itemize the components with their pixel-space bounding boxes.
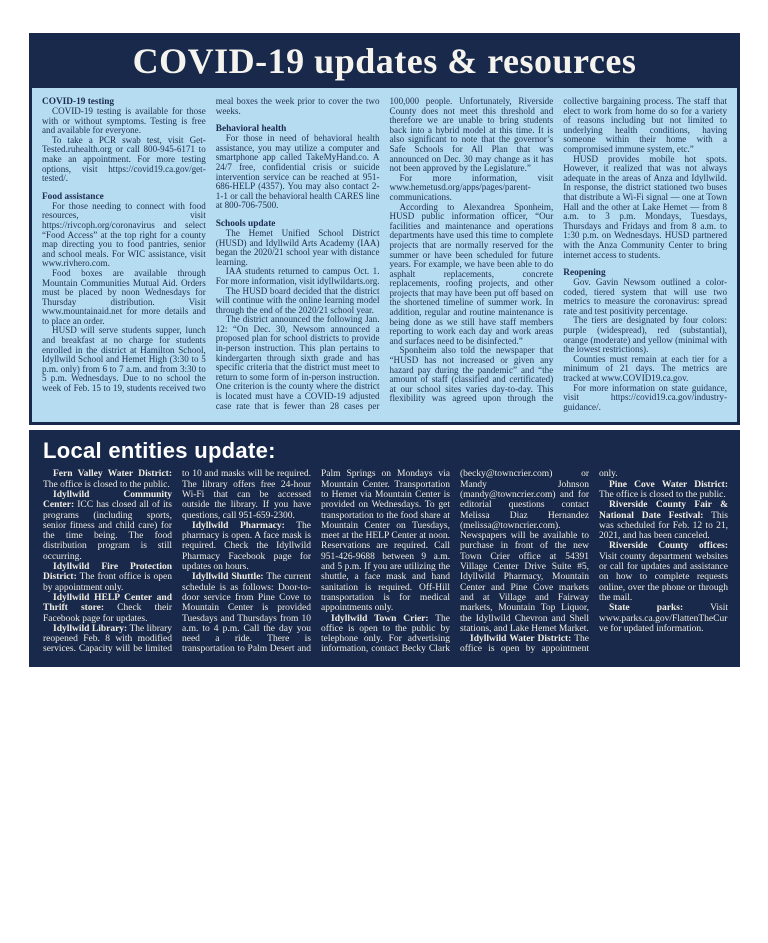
entity-item: Riverside County Fair & National Date Fe…	[599, 500, 728, 541]
entity-label: Idyllwild Pharmacy:	[192, 521, 285, 531]
entity-item: Fern Valley Water District: The office i…	[43, 469, 172, 490]
article-paragraph: IAA students returned to campus Oct. 1. …	[216, 267, 380, 286]
entity-label: Idyllwild Shuttle:	[192, 572, 264, 582]
article-behavioral-health: Behavioral health For those in need of b…	[216, 124, 380, 211]
entity-label: State parks:	[609, 603, 683, 613]
article-paragraph: For more information, visit www.hemetusd…	[390, 174, 554, 203]
entity-item: Pine Cove Water District: The office is …	[599, 480, 728, 501]
entity-item: Idyllwild Community Center: ICC has clos…	[43, 490, 172, 562]
entity-label: Pine Cove Water District:	[609, 480, 728, 490]
local-entities-columns: Fern Valley Water District: The office i…	[43, 469, 728, 654]
local-entities-title: Local entities update:	[43, 438, 728, 464]
article-paragraph: HUSD provides mobile hot spots. However,…	[563, 155, 727, 261]
article-paragraph: According to Alexandrea Sponheim, HUSD p…	[390, 203, 554, 347]
entity-label: Riverside County Fair & National Date Fe…	[599, 500, 728, 520]
article-paragraph: COVID-19 testing is available for those …	[42, 107, 206, 136]
entity-text: The office is closed to the public.	[599, 490, 726, 500]
entity-item: Idyllwild Fire Protection District: The …	[43, 562, 172, 593]
entity-label: Riverside County offices:	[609, 541, 728, 551]
article-paragraph: Gov. Gavin Newsom outlined a color-coded…	[563, 278, 727, 316]
article-paragraph: For those in need of behavioral health a…	[216, 134, 380, 211]
entity-item: Idyllwild HELP Center and Thrift store: …	[43, 593, 172, 624]
newspaper-clipping: COVID-19 updates & resources COVID-19 te…	[29, 33, 740, 667]
entity-label: Fern Valley Water District:	[53, 469, 172, 479]
entity-item: State parks: Visit www.parks.ca.gov/Flat…	[599, 603, 728, 634]
article-paragraph: To take a PCR swab test, visit Get-Teste…	[42, 136, 206, 184]
article-reopening: Reopening Gov. Gavin Newsom outlined a c…	[563, 268, 727, 412]
entity-item: Idyllwild Pharmacy: The pharmacy is open…	[182, 521, 311, 572]
article-paragraph: Counties must remain at each tier for a …	[563, 355, 727, 384]
covid-updates-box: COVID-19 updates & resources COVID-19 te…	[29, 33, 740, 425]
entity-item: Riverside County offices: Visit county d…	[599, 541, 728, 603]
article-paragraph: Food boxes are available through Mountai…	[42, 269, 206, 327]
article-covid-testing: COVID-19 testing COVID-19 testing is ava…	[42, 97, 206, 184]
entity-text: The office is closed to the public.	[43, 480, 170, 490]
article-paragraph: The Hemet Unified School District (HUSD)…	[216, 229, 380, 267]
masthead: COVID-19 updates & resources	[32, 36, 737, 88]
article-paragraph: For those needing to connect with food r…	[42, 202, 206, 269]
entity-label: Idyllwild Town Crier:	[331, 614, 429, 624]
article-paragraph: The HUSD board decided that the district…	[216, 287, 380, 316]
masthead-title: COVID-19 updates & resources	[133, 40, 637, 82]
entity-label: Idyllwild Water District:	[470, 634, 571, 644]
covid-articles-columns: COVID-19 testing COVID-19 testing is ava…	[32, 88, 737, 422]
entity-label: Idyllwild Library:	[53, 624, 127, 634]
entity-text: Visit county department websites or call…	[599, 552, 728, 603]
article-paragraph: For more information on state guidance, …	[563, 384, 727, 413]
local-entities-box: Local entities update: Fern Valley Water…	[29, 430, 740, 666]
article-paragraph: The tiers are designated by four colors:…	[563, 316, 727, 354]
